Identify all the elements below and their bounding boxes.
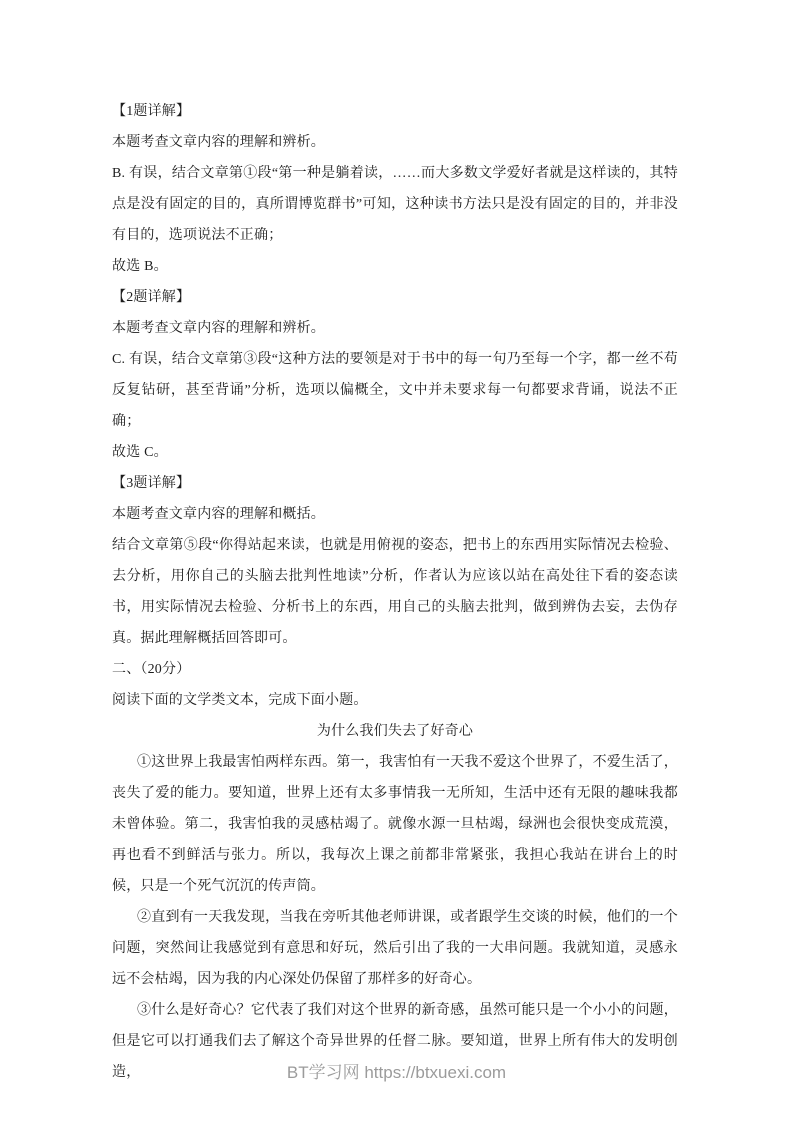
question-1-explanation-conclusion: 故选 B。 bbox=[112, 251, 678, 282]
question-2-explanation-body: C. 有误，结合文章第③段“这种方法的要领是对于书中的每一句乃至每一个字，都一丝… bbox=[112, 344, 678, 437]
watermark-text: BT学习网 https://btxuexi.com bbox=[0, 1062, 793, 1084]
document-content: 【1题详解】 本题考查文章内容的理解和辨析。 B. 有误，结合文章第①段“第一种… bbox=[112, 96, 678, 1088]
passage-title: 为什么我们失去了好奇心 bbox=[112, 716, 678, 747]
question-2-explanation-section: 【2题详解】 本题考查文章内容的理解和辨析。 C. 有误，结合文章第③段“这种方… bbox=[112, 282, 678, 468]
section-two-instruction: 阅读下面的文学类文本，完成下面小题。 bbox=[112, 685, 678, 716]
passage-paragraph-2: ②直到有一天我发现，当我在旁听其他老师讲课，或者跟学生交谈的时候，他们的一个问题… bbox=[112, 902, 678, 995]
question-3-explanation-body: 结合文章第⑤段“你得站起来读，也就是用俯视的姿态，把书上的东西用实际情况去检验、… bbox=[112, 530, 678, 654]
question-1-explanation-heading: 【1题详解】 bbox=[112, 96, 678, 127]
question-2-explanation-heading: 【2题详解】 bbox=[112, 282, 678, 313]
question-2-explanation-intro: 本题考查文章内容的理解和辨析。 bbox=[112, 313, 678, 344]
section-two-reading: 二、（20分） 阅读下面的文学类文本，完成下面小题。 为什么我们失去了好奇心 ①… bbox=[112, 654, 678, 1088]
question-2-explanation-conclusion: 故选 C。 bbox=[112, 437, 678, 468]
question-1-explanation-section: 【1题详解】 本题考查文章内容的理解和辨析。 B. 有误，结合文章第①段“第一种… bbox=[112, 96, 678, 282]
question-1-explanation-body: B. 有误，结合文章第①段“第一种是躺着读，……而大多数文学爱好者就是这样读的，… bbox=[112, 158, 678, 251]
question-1-explanation-intro: 本题考查文章内容的理解和辨析。 bbox=[112, 127, 678, 158]
question-3-explanation-heading: 【3题详解】 bbox=[112, 468, 678, 499]
document-page: 【1题详解】 本题考查文章内容的理解和辨析。 B. 有误，结合文章第①段“第一种… bbox=[0, 0, 793, 1122]
question-3-explanation-intro: 本题考查文章内容的理解和概括。 bbox=[112, 499, 678, 530]
passage-paragraph-1: ①这世界上我最害怕两样东西。第一，我害怕有一天我不爱这个世界了，不爱生活了，丧失… bbox=[112, 747, 678, 902]
question-3-explanation-section: 【3题详解】 本题考查文章内容的理解和概括。 结合文章第⑤段“你得站起来读，也就… bbox=[112, 468, 678, 654]
section-two-heading: 二、（20分） bbox=[112, 654, 678, 685]
